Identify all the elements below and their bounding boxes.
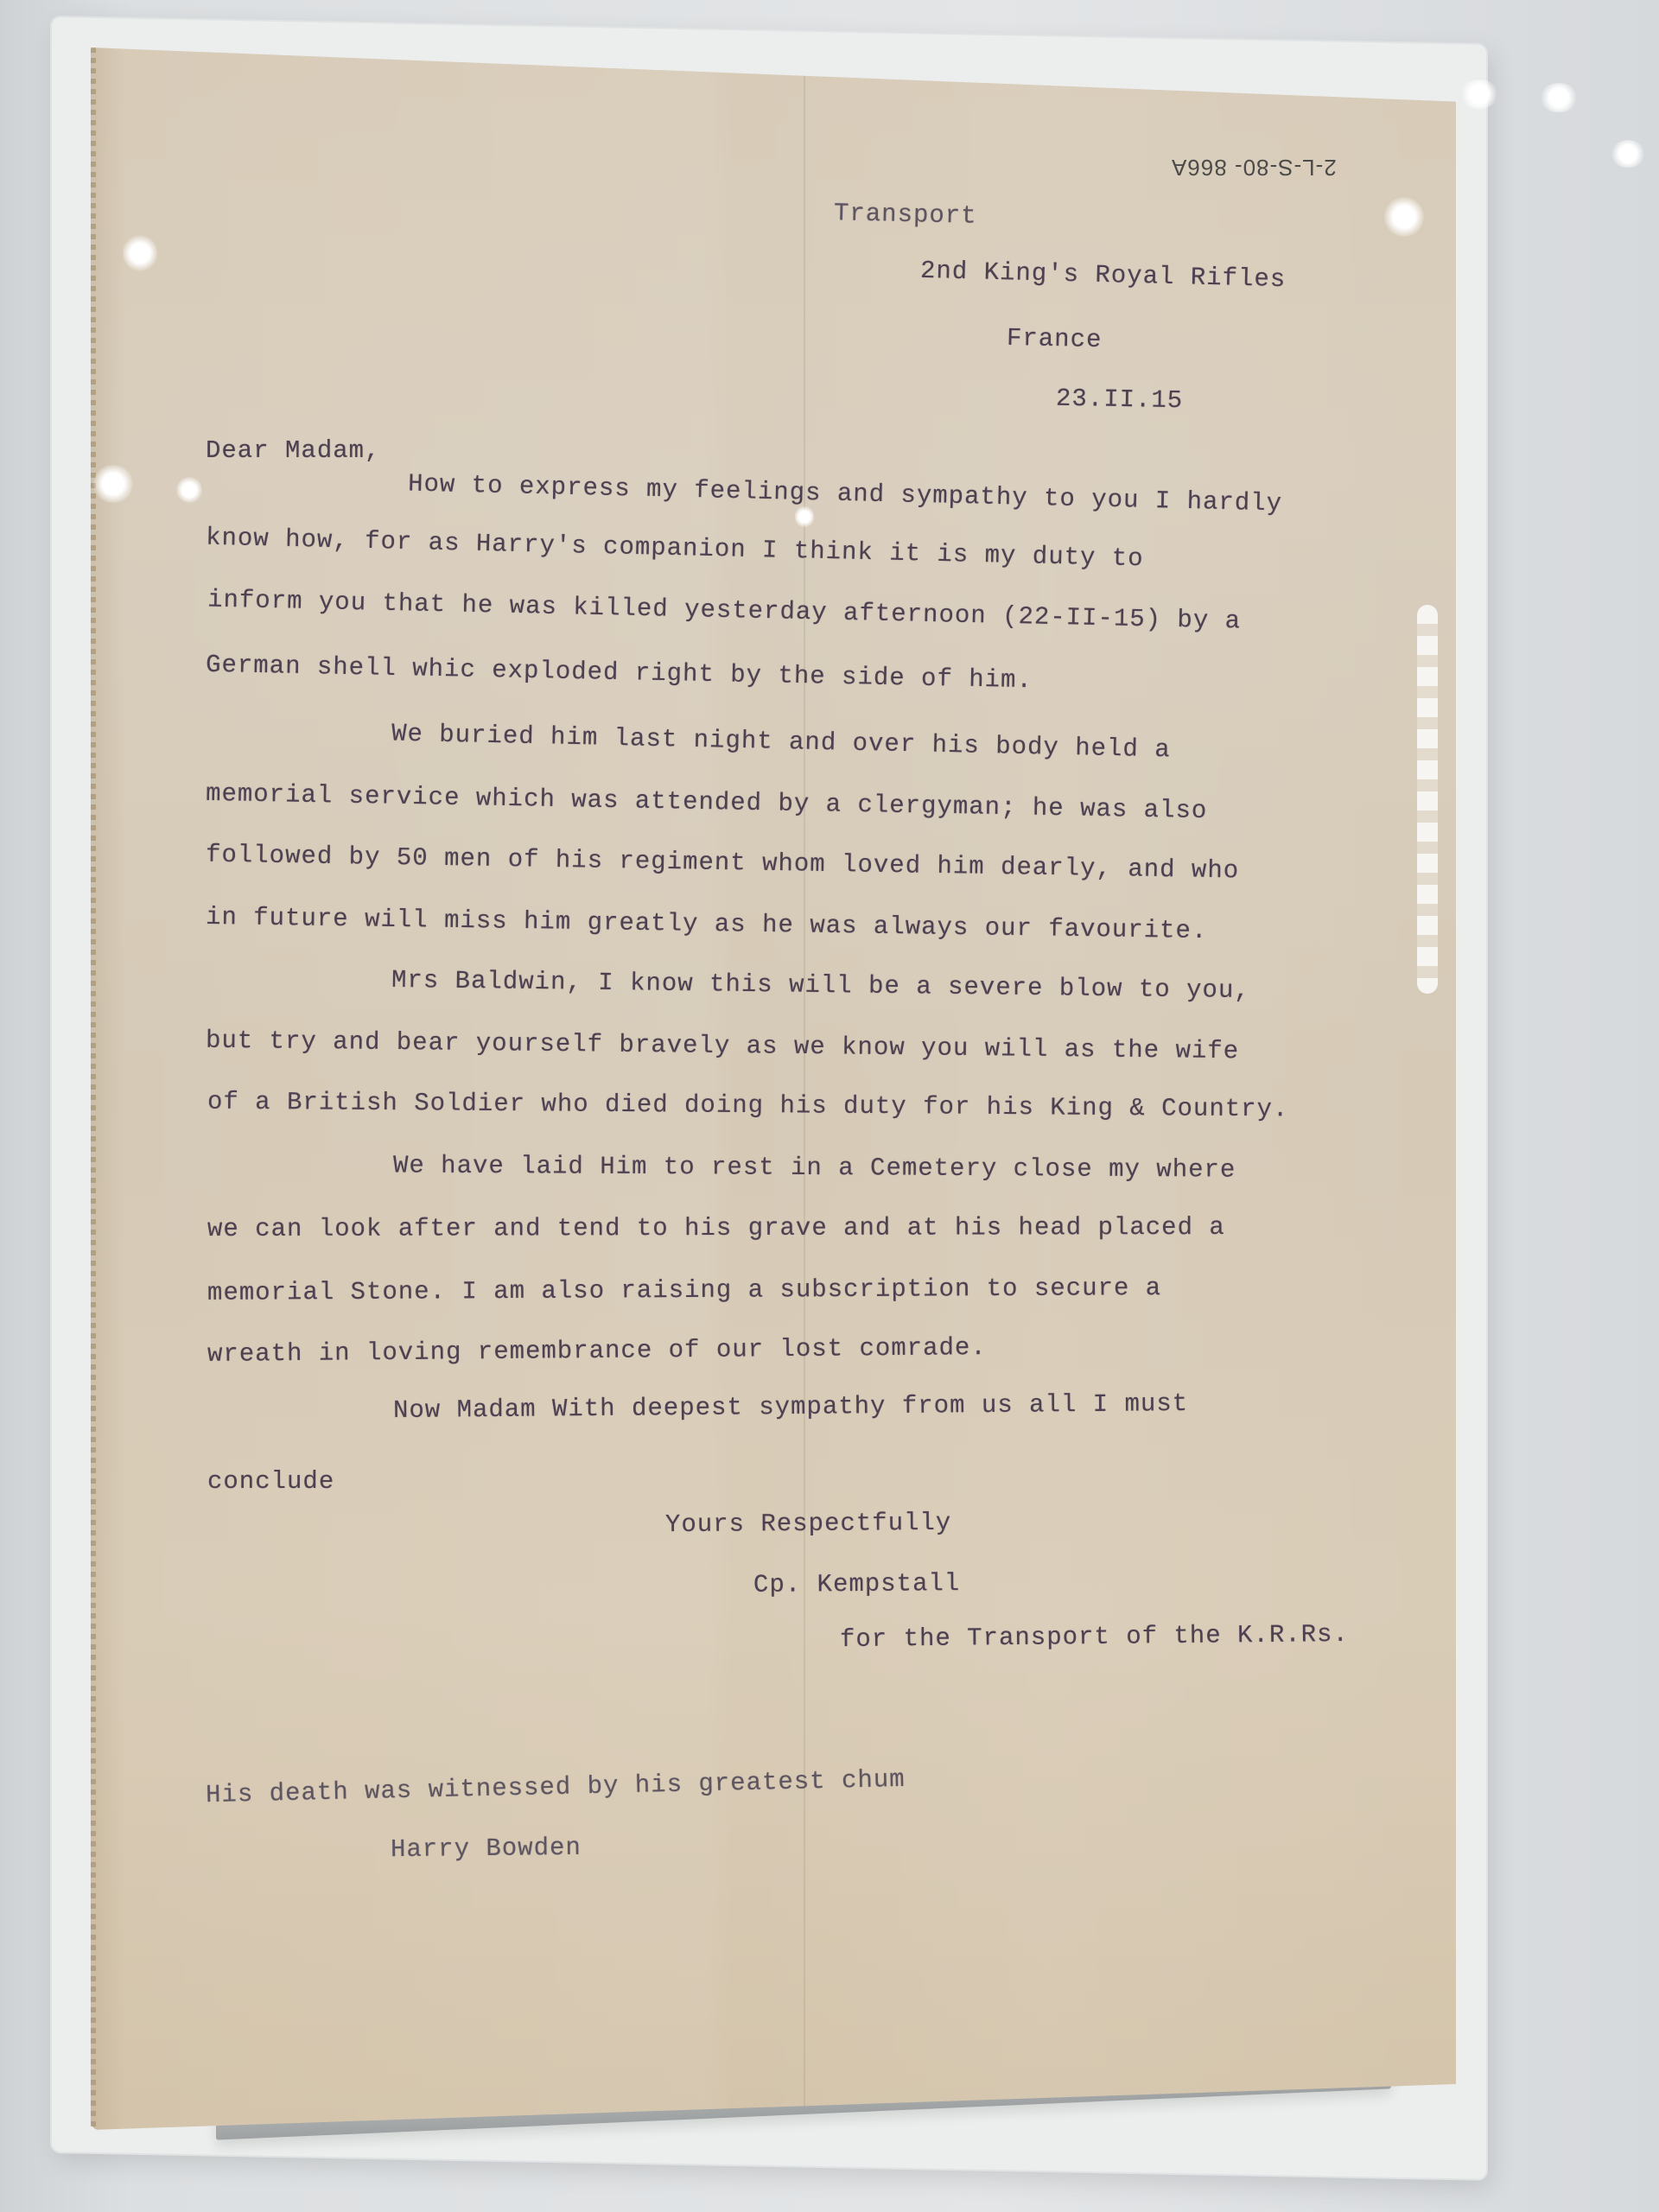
header-location: France	[1007, 324, 1103, 354]
signature: Cp. Kempstall	[753, 1569, 960, 1599]
signature-title: for the Transport of the K.R.Rs.	[840, 1620, 1349, 1654]
valediction: Yours Respectfully	[665, 1509, 951, 1539]
glass-glare	[176, 477, 202, 503]
header-date: 23.II.15	[1056, 385, 1184, 416]
glass-glare	[93, 465, 133, 503]
postscript-witness-name: Harry Bowden	[391, 1834, 582, 1864]
archive-reference-number: 2-L-S-80- 866A	[1171, 154, 1337, 181]
body-line-12: We have laid Him to rest in a Cemetery c…	[393, 1151, 1236, 1184]
salutation: Dear Madam,	[206, 436, 380, 465]
body-line-17: conclude	[207, 1467, 334, 1496]
glass-glare	[1540, 83, 1578, 112]
glass-glare	[1384, 197, 1424, 237]
glass-glare	[795, 505, 814, 528]
glass-glare	[1460, 79, 1498, 109]
glass-glare	[123, 235, 157, 271]
glass-glare	[1611, 140, 1645, 168]
header-unit: Transport	[834, 199, 977, 230]
body-line-13: we can look after and tend to his grave …	[207, 1213, 1225, 1243]
paper-fold-crease	[804, 48, 805, 2130]
glass-reflection-strip	[1417, 605, 1438, 994]
body-line-14: memorial Stone. I am also raising a subs…	[207, 1274, 1161, 1307]
